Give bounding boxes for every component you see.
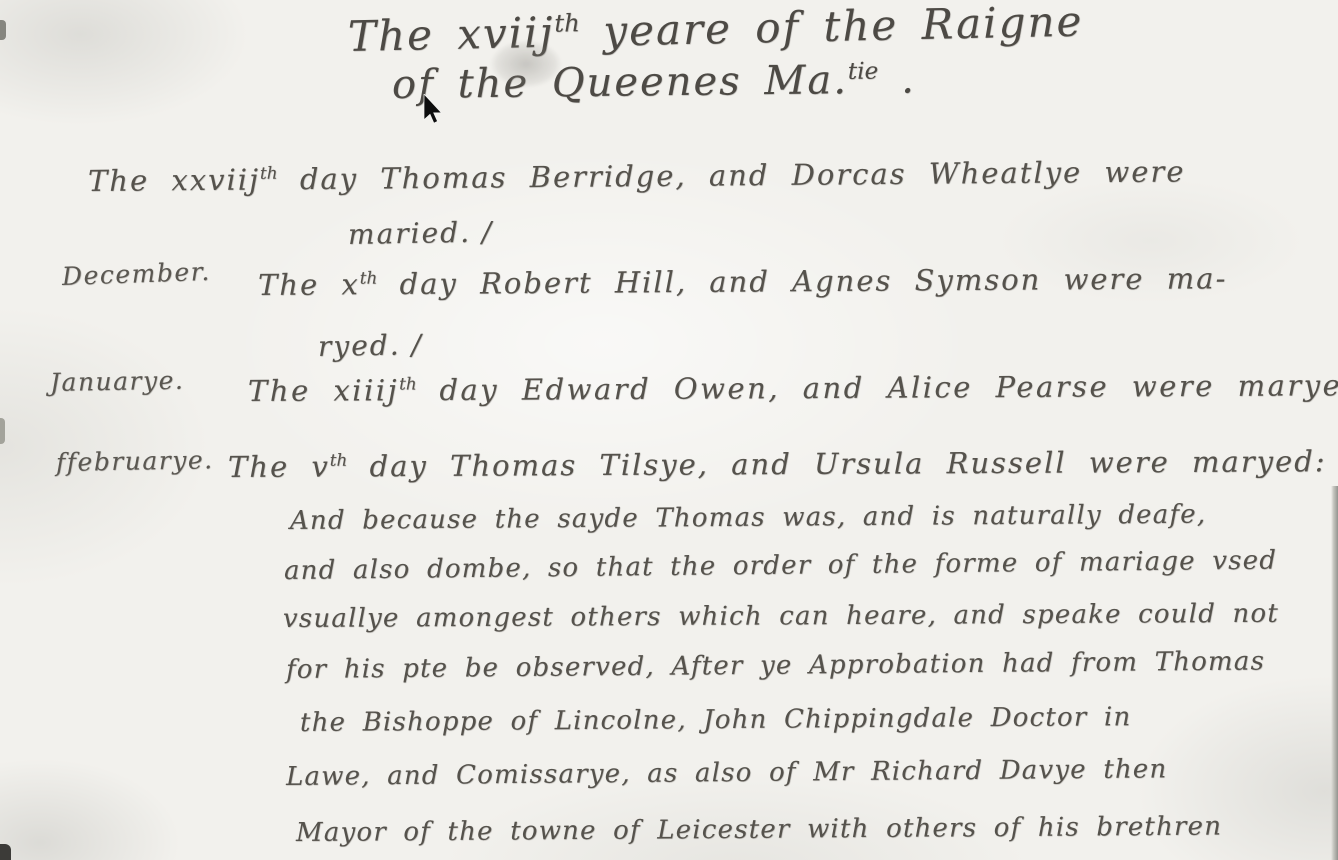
ordinal-superscript: tie <box>848 58 879 85</box>
entry-continuation: ryed. / <box>318 328 423 363</box>
heading-text: yeare of the Raigne <box>579 0 1083 56</box>
ordinal-superscript: th <box>554 8 580 38</box>
month-label-december: December. <box>61 257 211 291</box>
register-heading-line1: The xviijth yeare of the Raigne <box>347 0 1083 61</box>
scan-edge-artifact <box>0 418 5 444</box>
heading-text: . <box>878 57 916 103</box>
ordinal-superscript: th <box>330 450 348 470</box>
note-line: Mayor of the towne of Leicester with oth… <box>296 812 1222 848</box>
note-line: vsuallye amongest others which can heare… <box>283 599 1279 634</box>
entry-text: day Robert Hill, and Agnes Symson were m… <box>377 261 1227 301</box>
ordinal-superscript: th <box>360 268 378 288</box>
entry-continuation: maried. / <box>348 215 494 251</box>
month-label-february: ffebruarye. <box>56 445 214 477</box>
ordinal-superscript: th <box>260 163 278 183</box>
note-line: Lawe, and Comissarye, as also of Mr Rich… <box>286 754 1168 792</box>
note-line: for his pte be observed, After ye Approb… <box>286 646 1265 685</box>
note-line: the Bishoppe of Lincolne, John Chippingd… <box>300 702 1132 738</box>
entry-text: day Edward Owen, and Alice Pearse were m… <box>417 368 1338 407</box>
note-line: and also dombe, so that the order of the… <box>284 546 1277 586</box>
scan-edge-artifact <box>1331 486 1338 860</box>
marriage-entry-line: The xiiijth day Edward Owen, and Alice P… <box>248 368 1338 408</box>
note-line: And because the sayde Thomas was, and is… <box>290 500 1206 536</box>
mouse-cursor-icon <box>422 94 444 124</box>
marriage-entry-line: The xth day Robert Hill, and Agnes Symso… <box>258 261 1228 302</box>
entry-text: day Thomas Berridge, and Dorcas Wheatlye… <box>277 154 1185 196</box>
entry-text: The xxviij <box>88 162 260 198</box>
entry-text: The v <box>228 449 330 484</box>
manuscript-page: The xviijth yeare of the Raigne of the Q… <box>0 0 1338 860</box>
entry-text: The xiiij <box>248 373 399 408</box>
ink-smudge <box>478 32 574 96</box>
marriage-entry-line: The vth day Thomas Tilsye, and Ursula Ru… <box>228 444 1327 484</box>
entry-text: The x <box>258 267 360 302</box>
marriage-entry-line: The xxviijth day Thomas Berridge, and Do… <box>88 154 1186 198</box>
scan-edge-artifact <box>0 20 6 40</box>
entry-text: day Thomas Tilsye, and Ursula Russell we… <box>347 444 1326 483</box>
heading-text: of the Queenes Ma. <box>392 57 848 108</box>
ordinal-superscript: th <box>399 373 417 393</box>
scan-edge-artifact <box>0 844 11 860</box>
month-label-january: Januarye. <box>50 366 185 397</box>
register-heading-line2: of the Queenes Ma.tie . <box>392 57 916 108</box>
